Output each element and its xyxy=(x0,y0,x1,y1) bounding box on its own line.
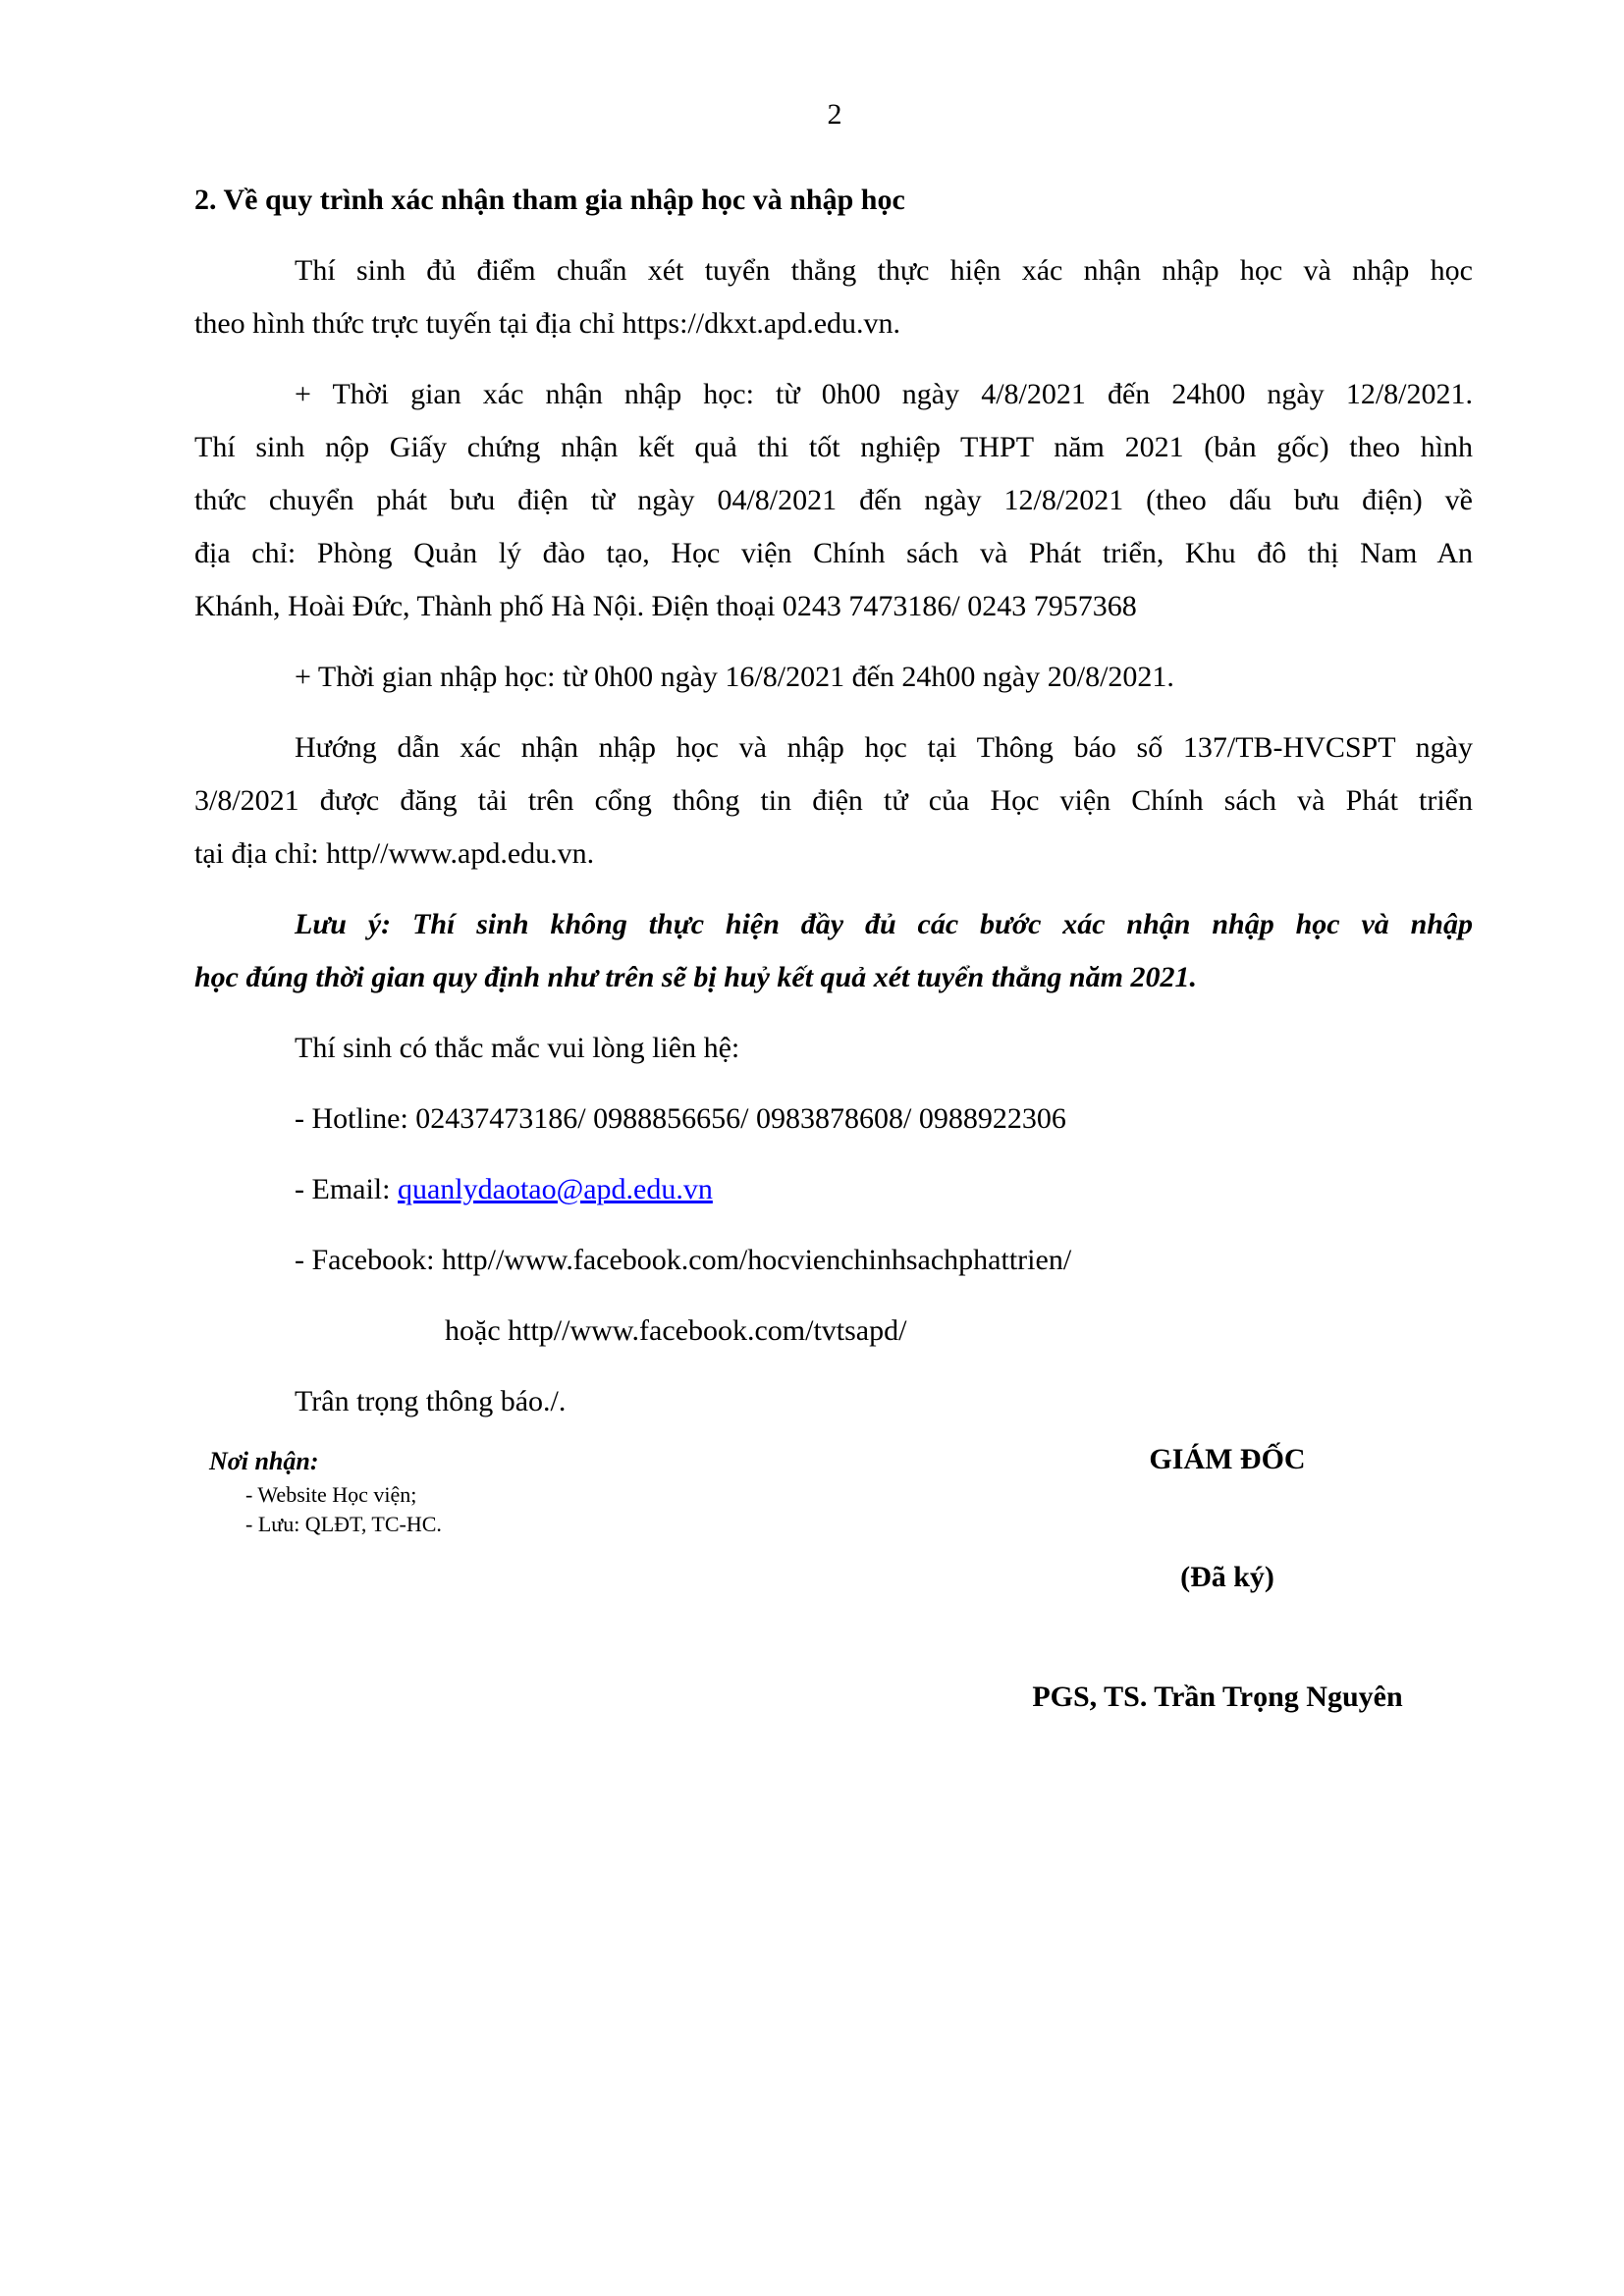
facebook-alt: hoặc http//www.facebook.com/tvtsapd/ xyxy=(445,1313,1624,1349)
page-number: 2 xyxy=(0,98,1624,132)
signed-note: (Đã ký) xyxy=(1031,1561,1424,1594)
confirm-period-line-2: Thí sinh nộp Giấy chứng nhận kết quả thi… xyxy=(194,430,1473,465)
email-label: - Email: xyxy=(295,1173,398,1205)
recipients-title: Nơi nhận: xyxy=(209,1449,319,1474)
email-link[interactable]: quanlydaotao@apd.edu.vn xyxy=(398,1173,713,1205)
note-line-2: học đúng thời gian quy định như trên sẽ … xyxy=(194,960,1473,995)
guide-line-2: 3/8/2021 được đăng tải trên cổng thông t… xyxy=(194,783,1473,819)
guide-line-3: tại địa chỉ: http//www.apd.edu.vn. xyxy=(194,836,1473,872)
intro-line-1: Thí sinh đủ điểm chuẩn xét tuyển thẳng t… xyxy=(295,253,1473,289)
email-row: - Email: quanlydaotao@apd.edu.vn xyxy=(295,1172,1473,1207)
recipient-item: - Website Học viện; xyxy=(245,1482,416,1508)
document-page: 2 2. Về quy trình xác nhận tham gia nhập… xyxy=(0,0,1624,2296)
signer-position: GIÁM ĐỐC xyxy=(1031,1443,1424,1476)
hotline: - Hotline: 02437473186/ 0988856656/ 0983… xyxy=(295,1101,1473,1137)
note-line-1: Lưu ý: Thí sinh không thực hiện đầy đủ c… xyxy=(295,907,1473,942)
confirm-period-line-3: thức chuyển phát bưu điện từ ngày 04/8/2… xyxy=(194,483,1473,518)
signer-name: PGS, TS. Trần Trọng Nguyên xyxy=(962,1681,1473,1714)
intro-line-2: theo hình thức trực tuyến tại địa chỉ ht… xyxy=(194,306,1473,342)
guide-line-1: Hướng dẫn xác nhận nhập học và nhập học … xyxy=(295,730,1473,766)
recipient-item: - Lưu: QLĐT, TC-HC. xyxy=(245,1512,442,1537)
contact-intro: Thí sinh có thắc mắc vui lòng liên hệ: xyxy=(295,1031,1473,1066)
confirm-period-line-1: + Thời gian xác nhận nhập học: từ 0h00 n… xyxy=(295,377,1473,412)
facebook: - Facebook: http//www.facebook.com/hocvi… xyxy=(295,1243,1473,1278)
section-heading: 2. Về quy trình xác nhận tham gia nhập h… xyxy=(194,183,1473,218)
confirm-period-line-5: Khánh, Hoài Đức, Thành phố Hà Nội. Điện … xyxy=(194,589,1473,624)
enroll-period: + Thời gian nhập học: từ 0h00 ngày 16/8/… xyxy=(295,660,1473,695)
confirm-period-line-4: địa chỉ: Phòng Quản lý đào tạo, Học viện… xyxy=(194,536,1473,571)
closing: Trân trọng thông báo./. xyxy=(295,1384,1473,1419)
